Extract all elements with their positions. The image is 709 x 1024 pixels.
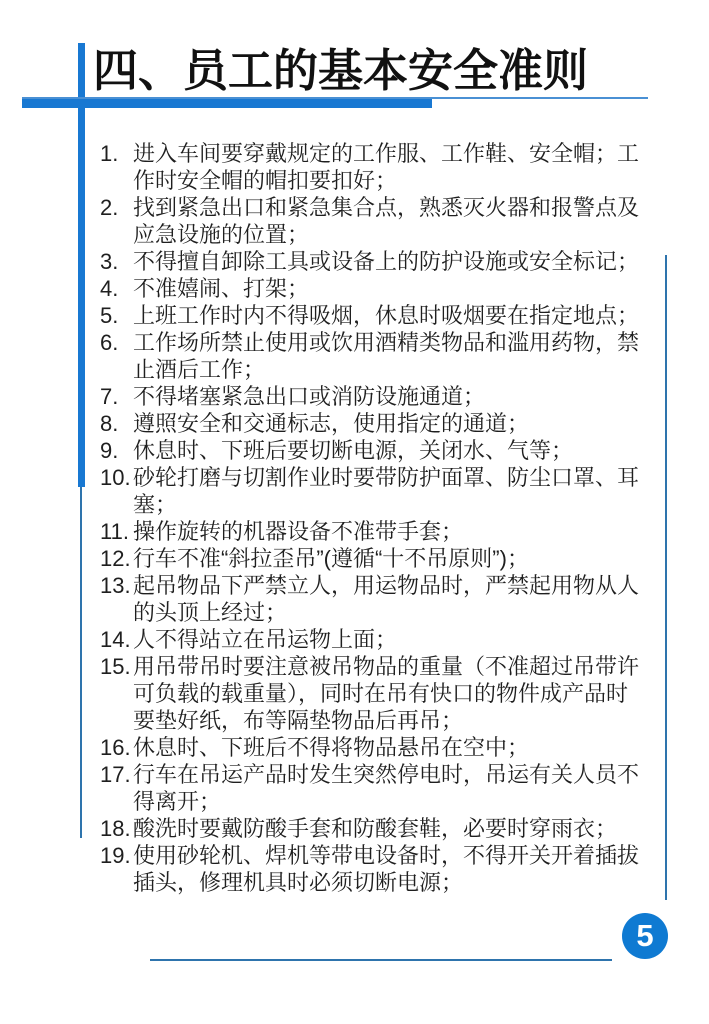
list-item: 16.休息时、下班后不得将物品悬吊在空中； <box>100 734 648 761</box>
list-item: 8.遵照安全和交通标志，使用指定的通道； <box>100 410 648 437</box>
item-number: 6. <box>100 329 133 356</box>
item-number: 5. <box>100 302 133 329</box>
item-text: 遵照安全和交通标志，使用指定的通道； <box>133 410 648 437</box>
item-text: 工作场所禁止使用或饮用酒精类物品和滥用药物，禁止酒后工作； <box>133 329 648 383</box>
left-accent-bar <box>78 43 85 487</box>
item-text: 休息时、下班后不得将物品悬吊在空中； <box>133 734 648 761</box>
page-number: 5 <box>636 918 653 954</box>
item-text: 进入车间要穿戴规定的工作服、工作鞋、安全帽；工作时安全帽的帽扣要扣好； <box>133 140 648 194</box>
list-item: 14.人不得站立在吊运物上面； <box>100 626 648 653</box>
list-item: 17.行车在吊运产品时发生突然停电时，吊运有关人员不得离开； <box>100 761 648 815</box>
list-item: 18.酸洗时要戴防酸手套和防酸套鞋，必要时穿雨衣； <box>100 815 648 842</box>
item-number: 2. <box>100 194 133 221</box>
list-item: 7.不得堵塞紧急出口或消防设施通道； <box>100 383 648 410</box>
item-text: 不得堵塞紧急出口或消防设施通道； <box>133 383 648 410</box>
item-number: 19. <box>100 842 133 869</box>
item-number: 9. <box>100 437 133 464</box>
list-item: 9.休息时、下班后要切断电源，关闭水、气等； <box>100 437 648 464</box>
item-text: 不准嬉闹、打架； <box>133 275 648 302</box>
list-item: 13.起吊物品下严禁立人，用运物品时，严禁起用物从人的头顶上经过； <box>100 572 648 626</box>
list-item: 2.找到紧急出口和紧急集合点，熟悉灭火器和报警点及应急设施的位置； <box>100 194 648 248</box>
page-title: 四、员工的基本安全准则 <box>93 34 588 99</box>
item-text: 酸洗时要戴防酸手套和防酸套鞋，必要时穿雨衣； <box>133 815 648 842</box>
item-text: 人不得站立在吊运物上面； <box>133 626 648 653</box>
item-text: 起吊物品下严禁立人，用运物品时，严禁起用物从人的头顶上经过； <box>133 572 648 626</box>
list-item: 1.进入车间要穿戴规定的工作服、工作鞋、安全帽；工作时安全帽的帽扣要扣好； <box>100 140 648 194</box>
list-item: 4.不准嬉闹、打架； <box>100 275 648 302</box>
item-text: 行车不准“斜拉歪吊”(遵循“十不吊原则”)； <box>133 545 648 572</box>
item-number: 17. <box>100 761 133 788</box>
page-number-badge: 5 <box>622 913 668 959</box>
item-number: 11. <box>100 518 133 545</box>
list-item: 6.工作场所禁止使用或饮用酒精类物品和滥用药物，禁止酒后工作； <box>100 329 648 383</box>
item-text: 上班工作时内不得吸烟，休息时吸烟要在指定地点； <box>133 302 648 329</box>
left-thin-line <box>80 487 82 838</box>
slide-page: 四、员工的基本安全准则 1.进入车间要穿戴规定的工作服、工作鞋、安全帽；工作时安… <box>0 0 709 1024</box>
item-number: 16. <box>100 734 133 761</box>
item-number: 13. <box>100 572 133 599</box>
item-number: 15. <box>100 653 133 680</box>
list-item: 10.砂轮打磨与切割作业时要带防护面罩、防尘口罩、耳塞； <box>100 464 648 518</box>
item-text: 砂轮打磨与切割作业时要带防护面罩、防尘口罩、耳塞； <box>133 464 648 518</box>
item-number: 10. <box>100 464 133 491</box>
item-number: 18. <box>100 815 133 842</box>
list-item: 19.使用砂轮机、焊机等带电设备时，不得开关开着插拔插头，修理机具时必须切断电源… <box>100 842 648 896</box>
item-text: 用吊带吊时要注意被吊物品的重量（不准超过吊带许可负载的载重量），同时在吊有快口的… <box>133 653 648 734</box>
item-number: 4. <box>100 275 133 302</box>
list-item: 11.操作旋转的机器设备不准带手套； <box>100 518 648 545</box>
title-underline-thick-bar <box>22 99 432 108</box>
item-text: 行车在吊运产品时发生突然停电时，吊运有关人员不得离开； <box>133 761 648 815</box>
item-number: 1. <box>100 140 133 167</box>
list-item: 12.行车不准“斜拉歪吊”(遵循“十不吊原则”)； <box>100 545 648 572</box>
item-number: 7. <box>100 383 133 410</box>
list-item: 3.不得擅自卸除工具或设备上的防护设施或安全标记； <box>100 248 648 275</box>
item-text: 不得擅自卸除工具或设备上的防护设施或安全标记； <box>133 248 648 275</box>
item-text: 找到紧急出口和紧急集合点，熟悉灭火器和报警点及应急设施的位置； <box>133 194 648 248</box>
item-number: 14. <box>100 626 133 653</box>
item-text: 操作旋转的机器设备不准带手套； <box>133 518 648 545</box>
item-number: 12. <box>100 545 133 572</box>
list-item: 5.上班工作时内不得吸烟，休息时吸烟要在指定地点； <box>100 302 648 329</box>
bottom-divider-line <box>150 959 612 961</box>
item-text: 使用砂轮机、焊机等带电设备时，不得开关开着插拔插头，修理机具时必须切断电源； <box>133 842 648 896</box>
right-thin-line <box>665 255 667 900</box>
list-item: 15.用吊带吊时要注意被吊物品的重量（不准超过吊带许可负载的载重量），同时在吊有… <box>100 653 648 734</box>
safety-rules-list: 1.进入车间要穿戴规定的工作服、工作鞋、安全帽；工作时安全帽的帽扣要扣好；2.找… <box>100 140 648 896</box>
item-text: 休息时、下班后要切断电源，关闭水、气等； <box>133 437 648 464</box>
item-number: 3. <box>100 248 133 275</box>
item-number: 8. <box>100 410 133 437</box>
